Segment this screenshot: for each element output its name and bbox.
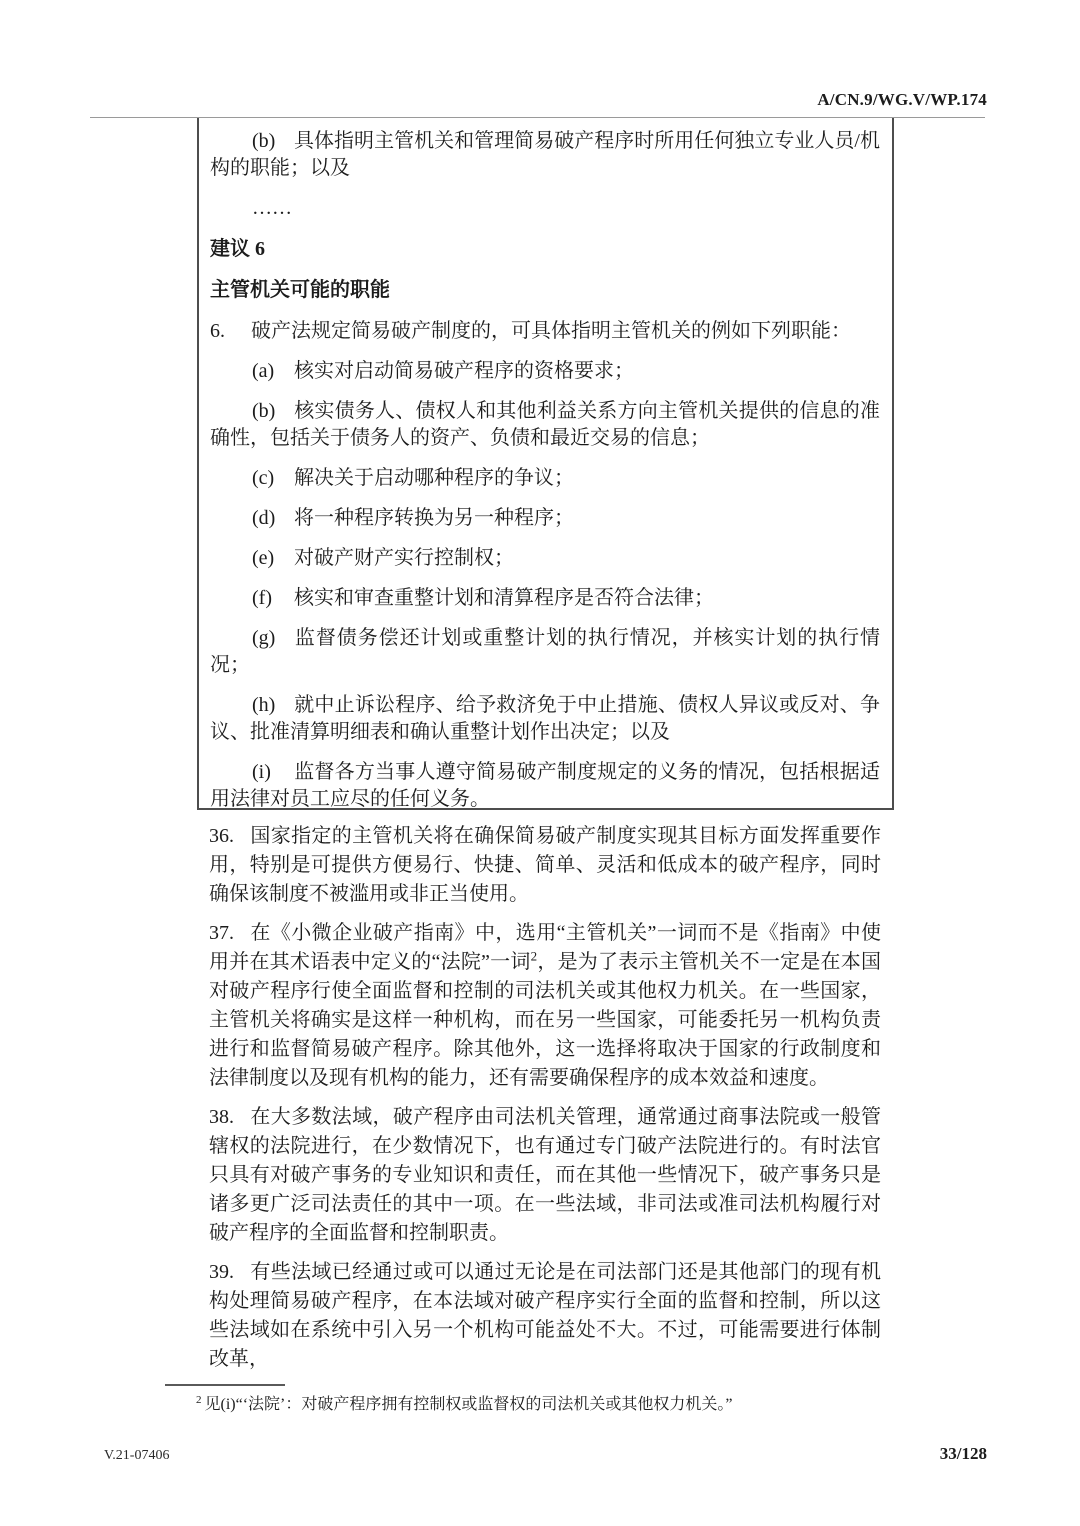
body-text: 36.国家指定的主管机关将在确保简易破产制度实现其目标方面发挥重要作用，特别是可… [197,822,894,1374]
paragraph-number: 37. [209,919,250,948]
footnote-body: 见(i)“‘法院’：对破产程序拥有控制权或监督权的司法机关或其他权力机关。” [205,1396,733,1413]
item-label: (g) [252,625,294,652]
item-text: 解决关于启动哪种程序的争议； [294,467,574,489]
document-sales-number: V.21-07406 [104,1448,169,1464]
subitem-i: (i)监督各方当事人遵守简易破产制度规定的义务的情况，包括根据适用法律对员工应尽… [210,759,880,810]
item-label: (b) [252,398,294,425]
item-text: 核实债务人、债权人和其他利益关系方向主管机关提供的信息的准确性，包括关于债务人的… [210,400,880,449]
paragraph-text: 有些法域已经通过或可以通过无论是在司法部门还是其他部门的现有机构处理简易破产程序… [209,1261,881,1370]
item-text: 就中止诉讼程序、给予救济免于中止措施、债权人异议或反对、争议、批准清算明细表和确… [210,694,880,743]
item-label: (d) [252,505,294,532]
paragraph-text: 破产法规定简易破产制度的，可具体指明主管机关的例如下列职能： [251,320,851,342]
item-text: 核实和审查重整计划和清算程序是否符合法律； [294,587,714,609]
ellipsis-line: …… [210,195,880,222]
doc-symbol: A/CN.9/WG.V/WP.174 [817,90,987,110]
paragraph-number: 36. [209,822,250,851]
item-text: 具体指明主管机关和管理简易破产程序时所用任何独立专业人员/机构的职能；以及 [210,130,880,179]
item-text: 监督各方当事人遵守简易破产制度规定的义务的情况，包括根据适用法律对员工应尽的任何… [210,761,880,810]
paragraph-number: 6. [210,318,251,345]
subitem-c: (c)解决关于启动哪种程序的争议； [210,465,880,492]
subitem-a: (a)核实对启动简易破产程序的资格要求； [210,358,880,385]
subitem-h: (h)就中止诉讼程序、给予救济免于中止措施、债权人异议或反对、争议、批准清算明细… [210,692,880,746]
page-number: 33/128 [940,1444,987,1464]
item-text: 对破产财产实行控制权； [294,547,514,569]
subitem-f: (f)核实和审查重整计划和清算程序是否符合法律； [210,585,880,612]
item-label: (i) [252,759,294,786]
item-label: (a) [252,358,294,385]
subitem-g: (g)监督债务偿还计划或重整计划的执行情况，并核实计划的执行情况； [210,625,880,679]
paragraph-37: 37.在《小微企业破产指南》中，选用“主管机关”一词而不是《指南》中使用并在其术… [209,919,881,1093]
subitem-b: (b)核实债务人、债权人和其他利益关系方向主管机关提供的信息的准确性，包括关于债… [210,398,880,452]
paragraph-6: 6.破产法规定简易破产制度的，可具体指明主管机关的例如下列职能： [210,318,880,345]
item-text: 监督债务偿还计划或重整计划的执行情况，并核实计划的执行情况； [210,627,880,676]
paragraph-text: 国家指定的主管机关将在确保简易破产制度实现其目标方面发挥重要作用，特别是可提供方… [209,825,881,905]
carryover-item-b: (b)具体指明主管机关和管理简易破产程序时所用任何独立专业人员/机构的职能；以及 [210,128,880,182]
paragraph-39: 39.有些法域已经通过或可以通过无论是在司法部门还是其他部门的现有机构处理简易破… [209,1258,881,1374]
section-heading: 主管机关可能的职能 [210,277,880,304]
paragraph-36: 36.国家指定的主管机关将在确保简易破产制度实现其目标方面发挥重要作用，特别是可… [209,822,881,909]
item-label: (f) [252,585,294,612]
item-label: (c) [252,465,294,492]
paragraph-number: 39. [209,1258,250,1287]
paragraph-38: 38.在大多数法域，破产程序由司法机关管理，通常通过商事法院或一般管辖权的法院进… [209,1103,881,1248]
footnote: 2见(i)“‘法院’：对破产程序拥有控制权或监督权的司法机关或其他权力机关。” [165,1394,885,1416]
paragraph-number: 38. [209,1103,250,1132]
item-label: (h) [252,692,294,719]
item-text: 将一种程序转换为另一种程序； [294,507,574,529]
footnote-area: 2见(i)“‘法院’：对破产程序拥有控制权或监督权的司法机关或其他权力机关。” [165,1384,885,1416]
subitem-d: (d)将一种程序转换为另一种程序； [210,505,880,532]
subitem-e: (e)对破产财产实行控制权； [210,545,880,572]
recommendation-title: 建议 6 [210,236,880,263]
item-label: (e) [252,545,294,572]
item-text: 核实对启动简易破产程序的资格要求； [294,360,634,382]
page-content: (b)具体指明主管机关和管理简易破产程序时所用任何独立专业人员/机构的职能；以及… [197,118,894,1384]
paragraph-text: 在大多数法域，破产程序由司法机关管理，通常通过商事法院或一般管辖权的法院进行，在… [209,1106,881,1244]
recommendation-box: (b)具体指明主管机关和管理简易破产程序时所用任何独立专业人员/机构的职能；以及… [197,118,894,810]
footnote-number: 2 [196,1394,202,1406]
item-label: (b) [252,128,294,155]
footnote-separator [165,1384,285,1386]
